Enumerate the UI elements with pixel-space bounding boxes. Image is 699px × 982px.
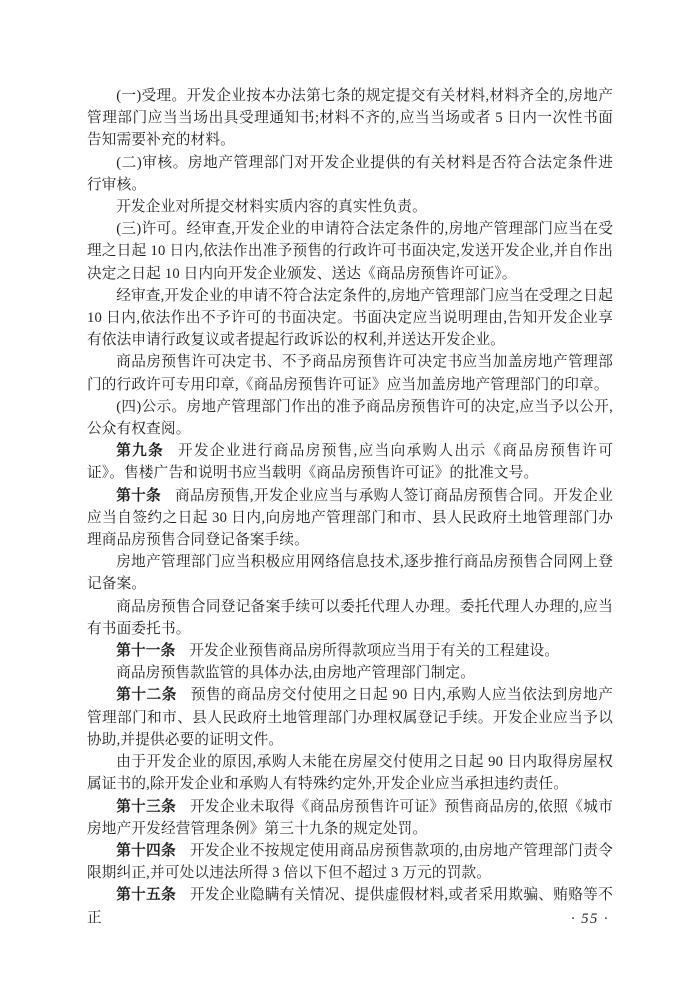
paragraph-item-17: 第十四条开发企业不按规定使用商品房预售款项的,由房地产管理部门责令限期纠正,并可…	[87, 840, 613, 884]
article-number: 第十条	[116, 488, 161, 504]
paragraph-item-18: 第十五条开发企业隐瞒有关情况、提供虚假材料,或者采用欺骗、贿赂等不正	[87, 884, 613, 928]
paragraph-item-13: 商品房预售款监管的具体办法,由房地产管理部门制定。	[87, 662, 613, 684]
paragraph-item-14: 第十二条预售的商品房交付使用之日起 90 日内,承购人应当依法到房地产管理部门和…	[87, 684, 613, 751]
paragraph-item-4: (三)许可。经审查,开发企业的申请符合法定条件的,房地产管理部门应当在受理之日起…	[87, 218, 613, 285]
paragraph-text: (二)审核。房地产管理部门对开发企业提供的有关材料是否符合法定条件进行审核。	[87, 155, 613, 193]
paragraph-text: 开发企业预售商品房所得款项应当用于有关的工程建设。	[189, 643, 559, 659]
paragraph-text: (三)许可。经审查,开发企业的申请符合法定条件的,房地产管理部门应当在受理之日起…	[87, 221, 613, 281]
paragraph-text: (四)公示。房地产管理部门作出的准予商品房预售许可的决定,应当予以公开,公众有权…	[87, 399, 613, 437]
paragraph-text: (一)受理。开发企业按本办法第七条的规定提交有关材料,材料齐全的,房地产管理部门…	[87, 88, 613, 148]
document-page: (一)受理。开发企业按本办法第七条的规定提交有关材料,材料齐全的,房地产管理部门…	[0, 0, 699, 982]
article-number: 第十三条	[116, 799, 176, 815]
paragraph-item-6: 商品房预售许可决定书、不予商品房预售许可决定书应当加盖房地产管理部门的行政许可专…	[87, 351, 613, 395]
paragraph-item-11: 商品房预售合同登记备案手续可以委托代理人办理。委托代理人办理的,应当有书面委托书…	[87, 596, 613, 640]
page-number: · 55 ·	[571, 911, 609, 928]
paragraph-item-16: 第十三条开发企业未取得《商品房预售许可证》预售商品房的,依照《城市房地产开发经营…	[87, 796, 613, 840]
paragraph-text: 商品房预售许可决定书、不予商品房预售许可决定书应当加盖房地产管理部门的行政许可专…	[87, 354, 613, 392]
paragraph-item-15: 由于开发企业的原因,承购人未能在房屋交付使用之日起 90 日内取得房屋权属证书的…	[87, 751, 613, 795]
paragraph-item-5: 经审查,开发企业的申请不符合法定条件的,房地产管理部门应当在受理之日起 10 日…	[87, 285, 613, 352]
article-number: 第十二条	[116, 687, 177, 703]
article-number: 第十四条	[116, 843, 176, 859]
article-number: 第十五条	[116, 887, 176, 903]
paragraph-text: 商品房预售款监管的具体办法,由房地产管理部门制定。	[116, 665, 475, 681]
paragraph-item-9: 第十条商品房预售,开发企业应当与承购人签订商品房预售合同。开发企业应当自签约之日…	[87, 485, 613, 552]
paragraph-item-10: 房地产管理部门应当积极应用网络信息技术,逐步推行商品房预售合同网上登记备案。	[87, 551, 613, 595]
paragraph-text: 商品房预售合同登记备案手续可以委托代理人办理。委托代理人办理的,应当有书面委托书…	[87, 599, 613, 637]
paragraph-text: 商品房预售,开发企业应当与承购人签订商品房预售合同。开发企业应当自签约之日起 3…	[87, 488, 613, 548]
article-number: 第九条	[116, 443, 164, 459]
paragraph-text: 由于开发企业的原因,承购人未能在房屋交付使用之日起 90 日内取得房屋权属证书的…	[87, 754, 613, 792]
paragraph-text: 经审查,开发企业的申请不符合法定条件的,房地产管理部门应当在受理之日起 10 日…	[87, 288, 613, 348]
paragraph-text: 开发企业对所提交材料实质内容的真实性负责。	[116, 199, 427, 215]
paragraph-text: 房地产管理部门应当积极应用网络信息技术,逐步推行商品房预售合同网上登记备案。	[87, 554, 613, 592]
paragraph-item-2: (二)审核。房地产管理部门对开发企业提供的有关材料是否符合法定条件进行审核。	[87, 152, 613, 196]
paragraph-text: 开发企业进行商品房预售,应当向承购人出示《商品房预售许可证》。售楼广告和说明书应…	[87, 443, 613, 481]
paragraph-item-3: 开发企业对所提交材料实质内容的真实性负责。	[87, 196, 613, 218]
article-number: 第十一条	[116, 643, 175, 659]
document-body: (一)受理。开发企业按本办法第七条的规定提交有关材料,材料齐全的,房地产管理部门…	[87, 85, 613, 929]
paragraph-item-12: 第十一条开发企业预售商品房所得款项应当用于有关的工程建设。	[87, 640, 613, 662]
paragraph-item-8: 第九条开发企业进行商品房预售,应当向承购人出示《商品房预售许可证》。售楼广告和说…	[87, 440, 613, 484]
paragraph-item-7: (四)公示。房地产管理部门作出的准予商品房预售许可的决定,应当予以公开,公众有权…	[87, 396, 613, 440]
paragraph-item-1: (一)受理。开发企业按本办法第七条的规定提交有关材料,材料齐全的,房地产管理部门…	[87, 85, 613, 152]
